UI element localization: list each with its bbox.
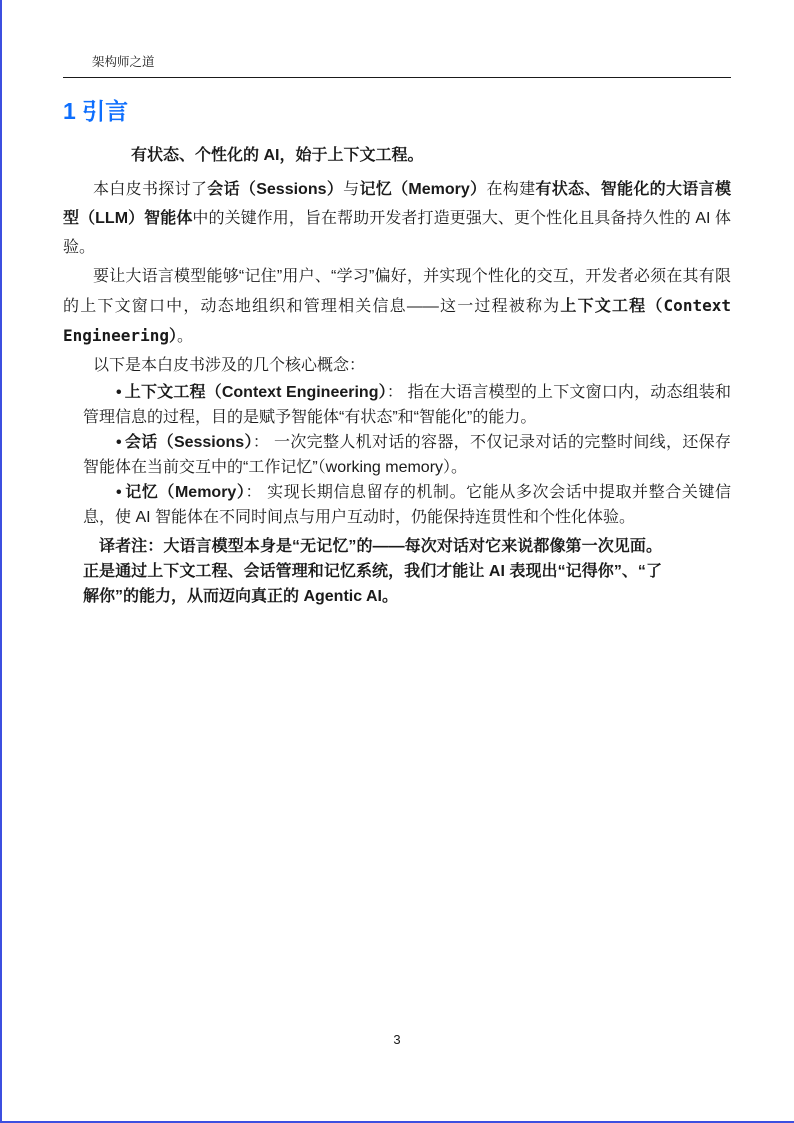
bullet-marker: • [116,434,122,451]
paragraph-overview: 本白皮书探讨了会话（Sessions）与记忆（Memory）在构建有状态、智能化… [63,175,731,262]
running-header-title: 架构师之道 [63,54,731,70]
document-page: 架构师之道 1 引言 有状态、个性化的 AI，始于上下文工程。 本白皮书探讨了会… [0,0,794,1123]
page-left-edge-line [0,0,2,1123]
lead-sentence: 有状态、个性化的 AI，始于上下文工程。 [131,141,731,170]
document-body: 1 引言 有状态、个性化的 AI，始于上下文工程。 本白皮书探讨了会话（Sess… [0,98,794,609]
bullet-marker: • [116,384,122,401]
bullet-marker: • [116,484,122,501]
concept-term: 记忆（Memory） [125,484,246,501]
list-item-context-engineering: •上下文工程（Context Engineering）： 指在大语言模型的上下文… [63,380,731,430]
page-header: 架构师之道 [0,0,794,78]
paragraph-context-engineering: 要让大语言模型能够“记住”用户、“学习”偏好，并实现个性化的交互，开发者必须在其… [63,262,731,351]
concepts-intro-line: 以下是本白皮书涉及的几个核心概念： [63,351,731,380]
translator-note: 译者注：大语言模型本身是“无记忆”的——每次对话对它来说都像第一次见面。正是通过… [83,534,662,609]
core-concepts-list: •上下文工程（Context Engineering）： 指在大语言模型的上下文… [63,380,731,530]
list-item-sessions: •会话（Sessions）： 一次完整人机对话的容器，不仅记录对话的完整时间线，… [63,430,731,480]
header-rule [63,77,731,78]
page-number: 3 [0,1032,794,1048]
list-item-memory: •记忆（Memory）： 实现长期信息留存的机制。它能从多次会话中提取并整合关键… [63,480,731,530]
concept-term: 上下文工程（Context Engineering） [125,384,387,401]
section-heading: 1 引言 [63,98,731,124]
concept-term: 会话（Sessions） [125,434,253,451]
